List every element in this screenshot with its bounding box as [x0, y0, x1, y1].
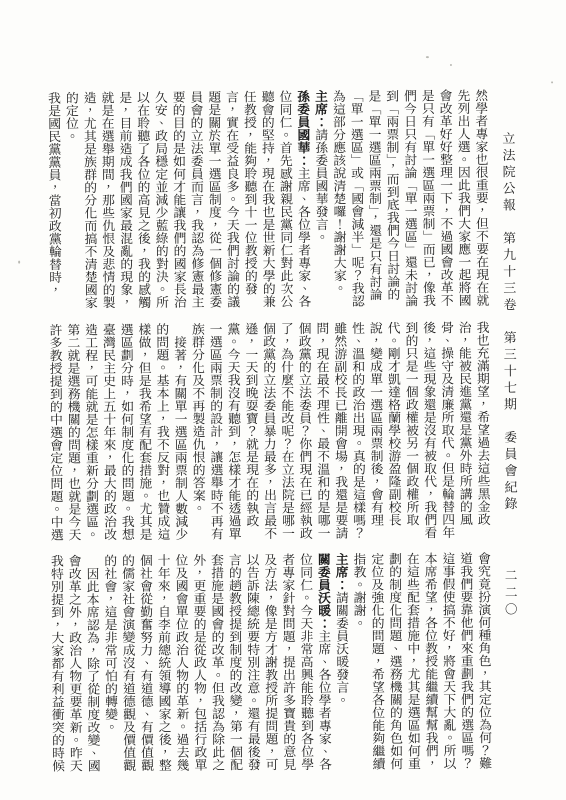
speech-text: 我是國民黨黨員，當初政黨輪替時，	[46, 91, 61, 296]
paragraph: 因此本席認為，除了從制度改變、國會改革之外，政治人物更要革新。昨天我特別提到，大…	[46, 554, 101, 776]
speech-text: 接著，有關單一選區兩票制人數減少的問題。基本上，我不反對，也贊成這樣做，但是我希…	[47, 323, 187, 541]
paragraph: 接著，有關單一選區兩票制人數減少的問題。基本上，我不反對，也贊成這樣做，但是我希…	[45, 323, 189, 546]
speech-text: 請關委員沃暖發言。	[334, 591, 349, 706]
speech-text: 請孫委員國華發言。	[313, 128, 328, 243]
paragraph: 然學者專家也很重要，但不要在現在就先列出人選。因此我們大家應一起將國會改革好好整…	[328, 89, 490, 312]
scan-speck	[426, 56, 429, 58]
speech-text: 主席、各位學者專家、各位同仁。今天非常高興能聆聽到各位學者專家針對問題，提出許多…	[102, 553, 331, 772]
gazette-page: 立法院公報 第九十三卷 第三十七期 委員會紀錄 二二〇 然學者專家也很重要，但不…	[0, 0, 566, 800]
paragraph: 孫委員國華：主席、各位學者專家、各位同仁。首先感謝親民黨同仁對此次公聽會的堅持，…	[61, 90, 312, 314]
text-band-top: 然學者專家也很重要，但不要在現在就先列出人選。因此我們大家應一起將國會改革好好整…	[42, 89, 489, 314]
speaker-name: 主席：	[334, 553, 348, 591]
speech-text: 主席、各位學者專家、各位同仁。首先感謝親民黨同仁對此次公聽會的堅持，現在我也是世…	[64, 90, 311, 309]
paragraph: 關委員沃暖：主席、各位學者專家、各位同仁。今天非常高興能聆聽到各位學者專家針對問…	[99, 553, 332, 776]
page-number: 二二〇	[501, 569, 519, 620]
speech-text: 然學者專家也很重要，但不要在現在就先列出人選。因此我們大家應一起將國會改革好好整…	[331, 89, 489, 307]
page-sheet: 立法院公報 第九十三卷 第三十七期 委員會紀錄 二二〇 然學者專家也很重要，但不…	[0, 0, 566, 800]
scan-speck	[18, 261, 20, 264]
scan-speck	[450, 64, 452, 66]
paragraph: 會究竟扮演何種角色，其定位為何？難道我們要靠他們來重劃我們的選區嗎？這事假使搞不…	[349, 552, 493, 775]
gazette-header: 立法院公報 第九十三卷 第三十七期 委員會紀錄	[498, 132, 519, 514]
speaker-name: 孫委員國華：	[295, 90, 309, 167]
speech-text: 我也充滿期望，希望過去這些黑金政治，能被民進黨還是黨外時所講的風骨、操守及清廉所…	[190, 321, 490, 540]
paragraph: 我是國民黨黨員，當初政黨輪替時，	[43, 91, 62, 313]
scan-speck	[551, 81, 553, 83]
text-band-middle: 我也充滿期望，希望過去這些黑金政治，能被民進黨還是黨外時所講的風骨、操守及清廉所…	[44, 321, 491, 546]
paragraph: 主席：請關委員沃暖發言。	[331, 553, 350, 775]
speech-text: 因此本席認為，除了從制度改變、國會改革之外，政治人物更要革新。昨天我特別提到，大…	[49, 554, 100, 772]
paragraph: 主席：請孫委員國華發言。	[310, 90, 329, 312]
text-band-bottom: 會究竟扮演何種角色，其定位為何？難道我們要靠他們來重劃我們的選區嗎？這事假使搞不…	[45, 552, 492, 777]
paragraph: 我也充滿期望，希望過去這些黑金政治，能被民進黨還是黨外時所講的風骨、操守及清廉所…	[187, 321, 491, 545]
speech-text: 會究竟扮演何種角色，其定位為何？難道我們要靠他們來重劃我們的選區嗎？這事假使搞不…	[351, 552, 491, 770]
speaker-name: 主席：	[313, 90, 327, 128]
speaker-name: 關委員沃暖：	[316, 553, 330, 630]
